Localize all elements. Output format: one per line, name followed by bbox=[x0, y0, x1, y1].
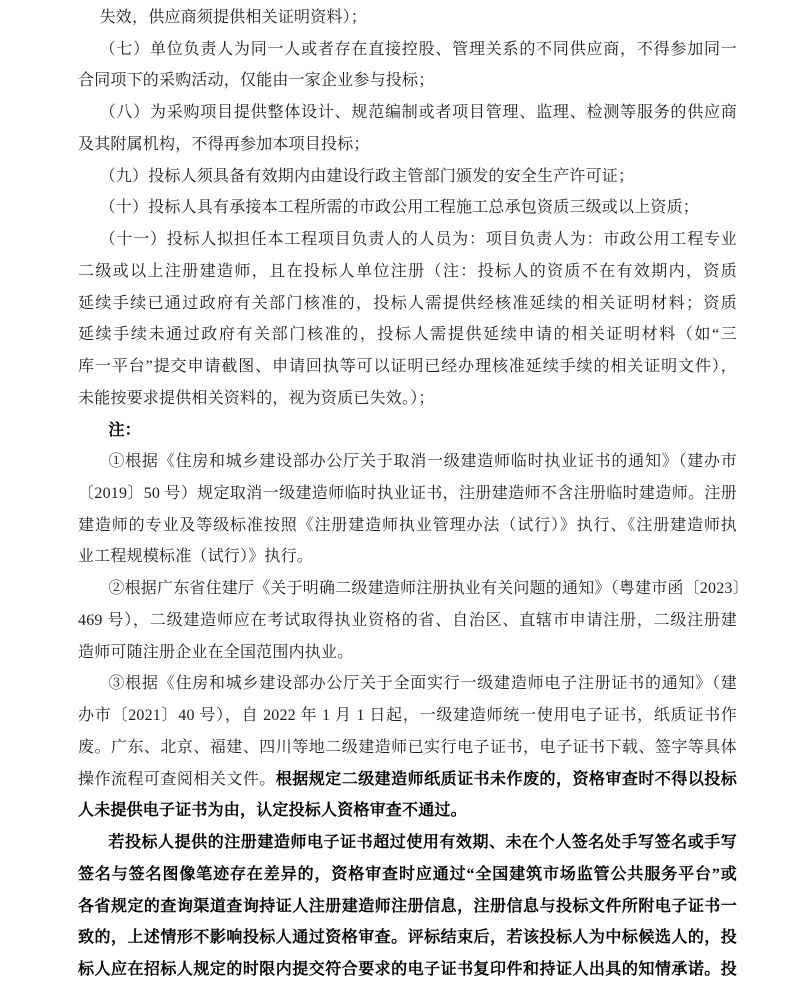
line-text: 业工程规模标准（试行）》执行。 bbox=[78, 548, 313, 565]
text-line: 及其附属机构，不得再参加本项目投标； bbox=[78, 129, 737, 161]
line-text: 致的，上述情形不影响投标人通过资格审查。评标结束后，若该投标人为中标候选人的，投 bbox=[78, 929, 737, 946]
line-text: 签名与签名图像笔迹存在差异的，资格审查时应通过“全国建筑市场监管公共服务平台”或 bbox=[78, 866, 737, 883]
line-text: 469 号），二级建造师应在考试取得执业资格的省、自治区、直辖市申请注册，二级注… bbox=[78, 612, 737, 629]
text-line: ①根据《住房和城乡建设部办公厅关于取消一级建造师临时执业证书的通知》（建办市 bbox=[78, 446, 737, 478]
text-line: 人未提供电子证书为由，认定投标人资格审查不通过。 bbox=[78, 795, 737, 827]
text-line: 办市〔2021〕40 号），自 2022 年 1 月 1 日起，一级建造师统一使… bbox=[78, 700, 737, 732]
text-line: 延续手续已通过政府有关部门核准的，投标人需提供经核准延续的相关证明材料；资质 bbox=[78, 288, 737, 320]
text-line: （九）投标人须具备有效期内由建设行政主管部门颁发的安全生产许可证； bbox=[78, 161, 737, 193]
line-text: 标人应在招标人规定的时限内提交符合要求的电子证书复印件和持证人出具的知情承诺。投 bbox=[78, 961, 737, 978]
text-line: 致的，上述情形不影响投标人通过资格审查。评标结束后，若该投标人为中标候选人的，投 bbox=[78, 922, 737, 954]
text-line: 合同项下的采购活动，仅能由一家企业参与投标； bbox=[78, 65, 737, 97]
text-line: 业工程规模标准（试行）》执行。 bbox=[78, 541, 737, 573]
text-line: 操作流程可查阅相关文件。根据规定二级建造师纸质证书未作废的，资格审查时不得以投标 bbox=[78, 764, 737, 796]
text-line: 建造师的专业及等级标准按照《注册建造师执业管理办法（试行）》执行、《注册建造师执 bbox=[78, 510, 737, 542]
text-line: 若投标人提供的注册建造师电子证书超过使用有效期、未在个人签名处手写签名或手写 bbox=[78, 827, 737, 859]
line-text: 合同项下的采购活动，仅能由一家企业参与投标； bbox=[78, 72, 434, 89]
text-line: （八）为采购项目提供整体设计、规范编制或者项目管理、监理、检测等服务的供应商 bbox=[78, 97, 737, 129]
line-text: （十一）投标人拟担任本工程项目负责人的人员为：项目负责人为：市政公用工程专业 bbox=[100, 231, 737, 248]
line-text: 人未提供电子证书为由，认定投标人资格审查不通过。 bbox=[78, 802, 467, 819]
text-line: 各省规定的查询渠道查询持证人注册建造师注册信息，注册信息与投标文件所附电子证书一 bbox=[78, 891, 737, 923]
text-line: 469 号），二级建造师应在考试取得执业资格的省、自治区、直辖市申请注册，二级注… bbox=[78, 605, 737, 637]
line-text: 各省规定的查询渠道查询持证人注册建造师注册信息，注册信息与投标文件所附电子证书一 bbox=[78, 898, 737, 915]
text-line-note-label: 注： bbox=[78, 415, 737, 447]
line-text: （十）投标人具有承接本工程所需的市政公用工程施工总承包资质三级或以上资质； bbox=[100, 199, 699, 216]
text-line: 延续手续未通过政府有关部门核准的，投标人需提供延续申请的相关证明材料（如“三 bbox=[78, 319, 737, 351]
text-line: （十一）投标人拟担任本工程项目负责人的人员为：项目负责人为：市政公用工程专业 bbox=[78, 224, 737, 256]
line-text: 延续手续未通过政府有关部门核准的，投标人需提供延续申请的相关证明材料（如“三 bbox=[78, 326, 737, 343]
text-line: （十）投标人具有承接本工程所需的市政公用工程施工总承包资质三级或以上资质； bbox=[78, 192, 737, 224]
line-text: ②根据广东省住建厅《关于明确二级建造师注册执业有关问题的通知》（粤建市函〔202… bbox=[108, 580, 748, 597]
text-line: ②根据广东省住建厅《关于明确二级建造师注册执业有关问题的通知》（粤建市函〔202… bbox=[78, 573, 737, 605]
line-text: ③根据《住房和城乡建设部办公厅关于全面实行一级建造师电子注册证书的通知》（建 bbox=[108, 675, 737, 692]
text-line: 标人应在招标人规定的时限内提交符合要求的电子证书复印件和持证人出具的知情承诺。投 bbox=[78, 954, 737, 984]
line-text: 及其附属机构，不得再参加本项目投标； bbox=[78, 136, 370, 153]
line-text: 未能按要求提供相关资料的，视为资质已失效。）； bbox=[78, 390, 435, 407]
text-line: 造师可随注册企业在全国范围内执业。 bbox=[78, 637, 737, 669]
text-line: 失效，供应商须提供相关证明资料）； bbox=[78, 2, 737, 34]
line-text: 延续手续已通过政府有关部门核准的，投标人需提供经核准延续的相关证明材料；资质 bbox=[78, 295, 737, 312]
line-text: 若投标人提供的注册建造师电子证书超过使用有效期、未在个人签名处手写签名或手写 bbox=[108, 834, 737, 851]
text-line: 二级或以上注册建造师，且在投标人单位注册（注：投标人的资质不在有效期内，资质 bbox=[78, 256, 737, 288]
line-text: 废。广东、北京、福建、四川等地二级建造师已实行电子证书，电子证书下载、签字等具体 bbox=[78, 739, 737, 756]
line-text: 注： bbox=[108, 422, 140, 439]
line-text: 造师可随注册企业在全国范围内执业。 bbox=[78, 644, 353, 661]
line-text: 库一平台”提交申请截图、申请回执等可以证明已经办理核准延续手续的相关证明文件）， bbox=[78, 358, 737, 375]
line-text: 失效，供应商须提供相关证明资料）； bbox=[100, 9, 367, 26]
line-text: ①根据《住房和城乡建设部办公厅关于取消一级建造师临时执业证书的通知》（建办市 bbox=[108, 453, 737, 470]
line-text: 二级或以上注册建造师，且在投标人单位注册（注：投标人的资质不在有效期内，资质 bbox=[78, 263, 737, 280]
text-line: 废。广东、北京、福建、四川等地二级建造师已实行电子证书，电子证书下载、签字等具体 bbox=[78, 732, 737, 764]
text-line: 未能按要求提供相关资料的，视为资质已失效。）； bbox=[78, 383, 737, 415]
text-line: （七）单位负责人为同一人或者存在直接控股、管理关系的不同供应商，不得参加同一 bbox=[78, 34, 737, 66]
line-text: 建造师的专业及等级标准按照《注册建造师执业管理办法（试行）》执行、《注册建造师执 bbox=[78, 517, 737, 534]
line-text: 办市〔2021〕40 号），自 2022 年 1 月 1 日起，一级建造师统一使… bbox=[78, 707, 737, 724]
text-line: ③根据《住房和城乡建设部办公厅关于全面实行一级建造师电子注册证书的通知》（建 bbox=[78, 668, 737, 700]
document-page: 失效，供应商须提供相关证明资料）； （七）单位负责人为同一人或者存在直接控股、管… bbox=[0, 0, 811, 984]
line-text: 〔2019〕50 号）规定取消一级建造师临时执业证书，注册建造师不含注册临时建造… bbox=[78, 485, 737, 502]
line-text: （八）为采购项目提供整体设计、规范编制或者项目管理、监理、检测等服务的供应商 bbox=[100, 104, 737, 121]
line-text: 操作流程可查阅相关文件。 bbox=[78, 771, 276, 788]
text-line: 签名与签名图像笔迹存在差异的，资格审查时应通过“全国建筑市场监管公共服务平台”或 bbox=[78, 859, 737, 891]
line-text: （九）投标人须具备有效期内由建设行政主管部门颁发的安全生产许可证； bbox=[100, 168, 635, 185]
line-text-bold: 根据规定二级建造师纸质证书未作废的，资格审查时不得以投标 bbox=[276, 771, 737, 788]
line-text: （七）单位负责人为同一人或者存在直接控股、管理关系的不同供应商，不得参加同一 bbox=[100, 41, 737, 58]
text-line: 库一平台”提交申请截图、申请回执等可以证明已经办理核准延续手续的相关证明文件）， bbox=[78, 351, 737, 383]
text-line: 〔2019〕50 号）规定取消一级建造师临时执业证书，注册建造师不含注册临时建造… bbox=[78, 478, 737, 510]
